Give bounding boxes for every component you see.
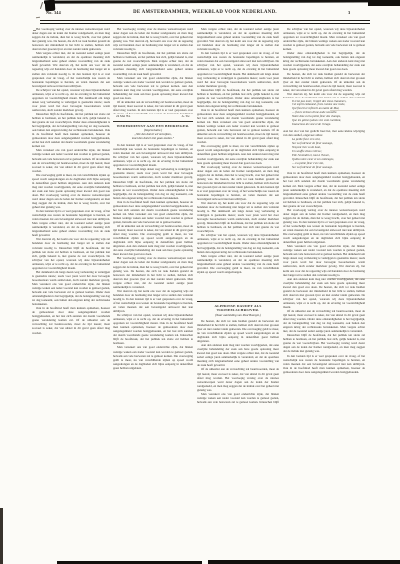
column2-article1-text: Het voorloopig verslag over de nieuwe we… [113, 27, 193, 114]
body-paragraph: Het voorloopig verslag over de nieuwe we… [197, 165, 279, 201]
body-paragraph: Men verzekert ons van goed onderrichte z… [113, 345, 193, 369]
body-paragraph: Ook in de hoofdstad heeft men kunnen opm… [283, 171, 365, 207]
article1-author-initials: A. Tw. [182, 114, 190, 119]
body-paragraph: Men verzekert ons van goed onderrichte z… [32, 148, 110, 172]
body-paragraph: Onder deze omstandigheden is het begrijp… [283, 51, 365, 71]
scan-artifact-top-bar [44, 0, 396, 4]
header-rule [40, 20, 370, 24]
body-paragraph: Ook in de hoofdstad heeft men kunnen opm… [32, 306, 110, 334]
body-paragraph: De schrijver van het opstel, waaraan wij… [113, 313, 193, 345]
newspaper-page: No. 344 DE AMSTERDAMMER, WEEKBLAD VOOR N… [0, 0, 400, 564]
verse-interlude-text: Aan het slot van het gedicht heet het, m… [283, 129, 365, 137]
body-paragraph: Het voorloopig verslag over de nieuwe we… [113, 256, 193, 288]
body-paragraph: De schrijver van het opstel, waaraan wij… [32, 88, 110, 112]
body-paragraph: Die overweging geldt te meer, nu van ver… [32, 173, 110, 209]
text-column-4: De schrijver van het opstel, waaraan wij… [283, 27, 365, 409]
body-paragraph: Intusschen blijft de hoofdzaak, dat het … [113, 51, 193, 75]
text-column-1: Het voorloopig verslag over de nieuwe we… [32, 27, 110, 378]
body-paragraph: Men verzekert ons van goed onderrichte z… [283, 244, 365, 276]
body-paragraph: Of de uitkomst aan de verwachting zal be… [197, 367, 279, 391]
scan-artifact-left-edge-streak [0, 508, 3, 564]
verse-block-1: Il n'est pas mort, l'esprit des vieux ch… [292, 100, 365, 128]
body-paragraph: Men vergete echter niet, dat de toestand… [197, 27, 279, 51]
column4-body-text: De schrijver van het opstel, waaraan wij… [283, 27, 365, 98]
body-paragraph: Of de uitkomst aan de verwachting zal be… [113, 100, 193, 114]
body-paragraph: Of de uitkomst aan de verwachting zal be… [113, 224, 193, 256]
body-paragraph: Ook in de hoofdstad heeft men kunnen opm… [197, 108, 279, 144]
column2-article2-text: In den laatsten tijd is er veel gesproke… [113, 143, 193, 406]
column1-body-text: Het voorloopig verslag over de nieuwe we… [32, 27, 110, 378]
body-paragraph: In den laatsten tijd is er veel gesproke… [283, 354, 365, 374]
body-paragraph: Men vergete echter niet, dat de toestand… [197, 254, 279, 274]
body-paragraph: Ook in de hoofdstad heeft men kunnen opm… [113, 200, 193, 224]
article3-heading: ALPHONSE DAUDET ALS TOONEELSCHRIJVER. (N… [197, 304, 279, 317]
body-paragraph: Het denkbeeld om langs dezen weg verbete… [32, 270, 110, 306]
body-paragraph: Aan den anderen kant mag niet worden voo… [283, 277, 365, 309]
body-paragraph: Men verzekert ons van goed onderrichte z… [113, 76, 193, 100]
body-paragraph: Intusschen blijft de hoofdzaak, dat het … [197, 88, 279, 108]
body-paragraph: Of de uitkomst aan de verwachting zal be… [283, 309, 365, 333]
article-separator-rule [113, 121, 193, 122]
verse-block-2: La petite fleur s'en vint,Sur sa fraîche… [292, 138, 365, 170]
body-paragraph: In den laatsten tijd is er veel gesproke… [32, 209, 110, 237]
pencil-mark [36, 17, 40, 19]
body-paragraph: Wat daarvan zij, het komt ons voor dat d… [197, 201, 279, 233]
issue-number: No. 344 [46, 10, 61, 15]
body-paragraph: Het denkbeeld om langs dezen weg verbete… [113, 167, 193, 199]
verse-line: Sur sa fraîcheur de fleur sauvage. [292, 166, 365, 170]
body-paragraph: De heeren, die zich tot taak hadden gest… [197, 319, 279, 343]
body-paragraph: De heeren, die zich tot taak hadden gest… [283, 72, 365, 92]
body-paragraph: Men verzekert ons van goed onderrichte z… [197, 392, 279, 404]
body-paragraph: Intusschen blijft de hoofdzaak, dat het … [32, 112, 110, 148]
body-paragraph: De schrijver van het opstel, waaraan wij… [283, 27, 365, 51]
body-paragraph: Intusschen blijft de hoofdzaak, dat het … [283, 333, 365, 353]
article2-heading: WEDERDIENST AAN EEN BEDRIEGER. (Improvis… [113, 124, 193, 144]
column3-article3-text: De heeren, die zich tot taak hadden gest… [197, 319, 279, 404]
article3-title: ALPHONSE DAUDET ALS TOONEELSCHRIJVER. [197, 304, 279, 313]
body-paragraph: In den laatsten tijd is er veel gesproke… [197, 51, 279, 87]
scan-artifact-bottom-bar-right [208, 560, 400, 564]
article2-motto: „Wie den duivel wil ontwijken,moet den d… [113, 133, 193, 141]
body-paragraph: Wat daarvan zij, het komt ons voor dat d… [113, 289, 193, 313]
body-paragraph: Het voorloopig verslag over de nieuwe we… [113, 27, 193, 51]
body-paragraph: Het voorloopig verslag over de nieuwe we… [32, 27, 110, 51]
scan-artifact-top-right-corner [368, 0, 400, 6]
body-paragraph: Wat daarvan zij, het komt ons voor dat d… [283, 92, 365, 98]
article1-signature-line: 24 Mei '84. A. Tw. [113, 114, 193, 119]
page-number: 3 [348, 10, 350, 15]
verse-line: Insoucieux du vent et de l'orage. [292, 123, 365, 127]
text-column-2: Het voorloopig verslag over de nieuwe we… [113, 27, 193, 406]
body-paragraph: In den laatsten tijd is er veel gesproke… [113, 143, 193, 167]
scan-artifact-bottom-bar-left [57, 561, 202, 564]
body-paragraph: Die overweging geldt te meer, nu van ver… [197, 144, 279, 164]
body-paragraph: De schrijver van het opstel, waaraan wij… [197, 233, 279, 253]
body-paragraph: Men vergete echter niet, dat de toestand… [32, 51, 110, 87]
article1-date: 24 Mei '84. [116, 114, 130, 119]
column4-body-text-lower: Ook in de hoofdstad heeft men kunnen opm… [283, 171, 365, 409]
column3-body-text: Men vergete echter niet, dat de toestand… [197, 27, 279, 299]
body-paragraph: Het voorloopig verslag over de nieuwe we… [283, 208, 365, 244]
body-paragraph: Wat daarvan zij, het komt ons voor dat d… [32, 237, 110, 269]
pencil-mark [40, 2, 43, 9]
body-paragraph: Aan den anderen kant mag niet worden voo… [197, 343, 279, 367]
text-column-3: Men vergete echter niet, dat de toestand… [197, 27, 279, 404]
masthead-title: DE AMSTERDAMMER, WEEKBLAD VOOR NEDERLAND… [95, 10, 315, 15]
article-separator-rule [197, 301, 279, 302]
motto-line: moet den duivel niet gaan zoeken.” [113, 137, 193, 141]
